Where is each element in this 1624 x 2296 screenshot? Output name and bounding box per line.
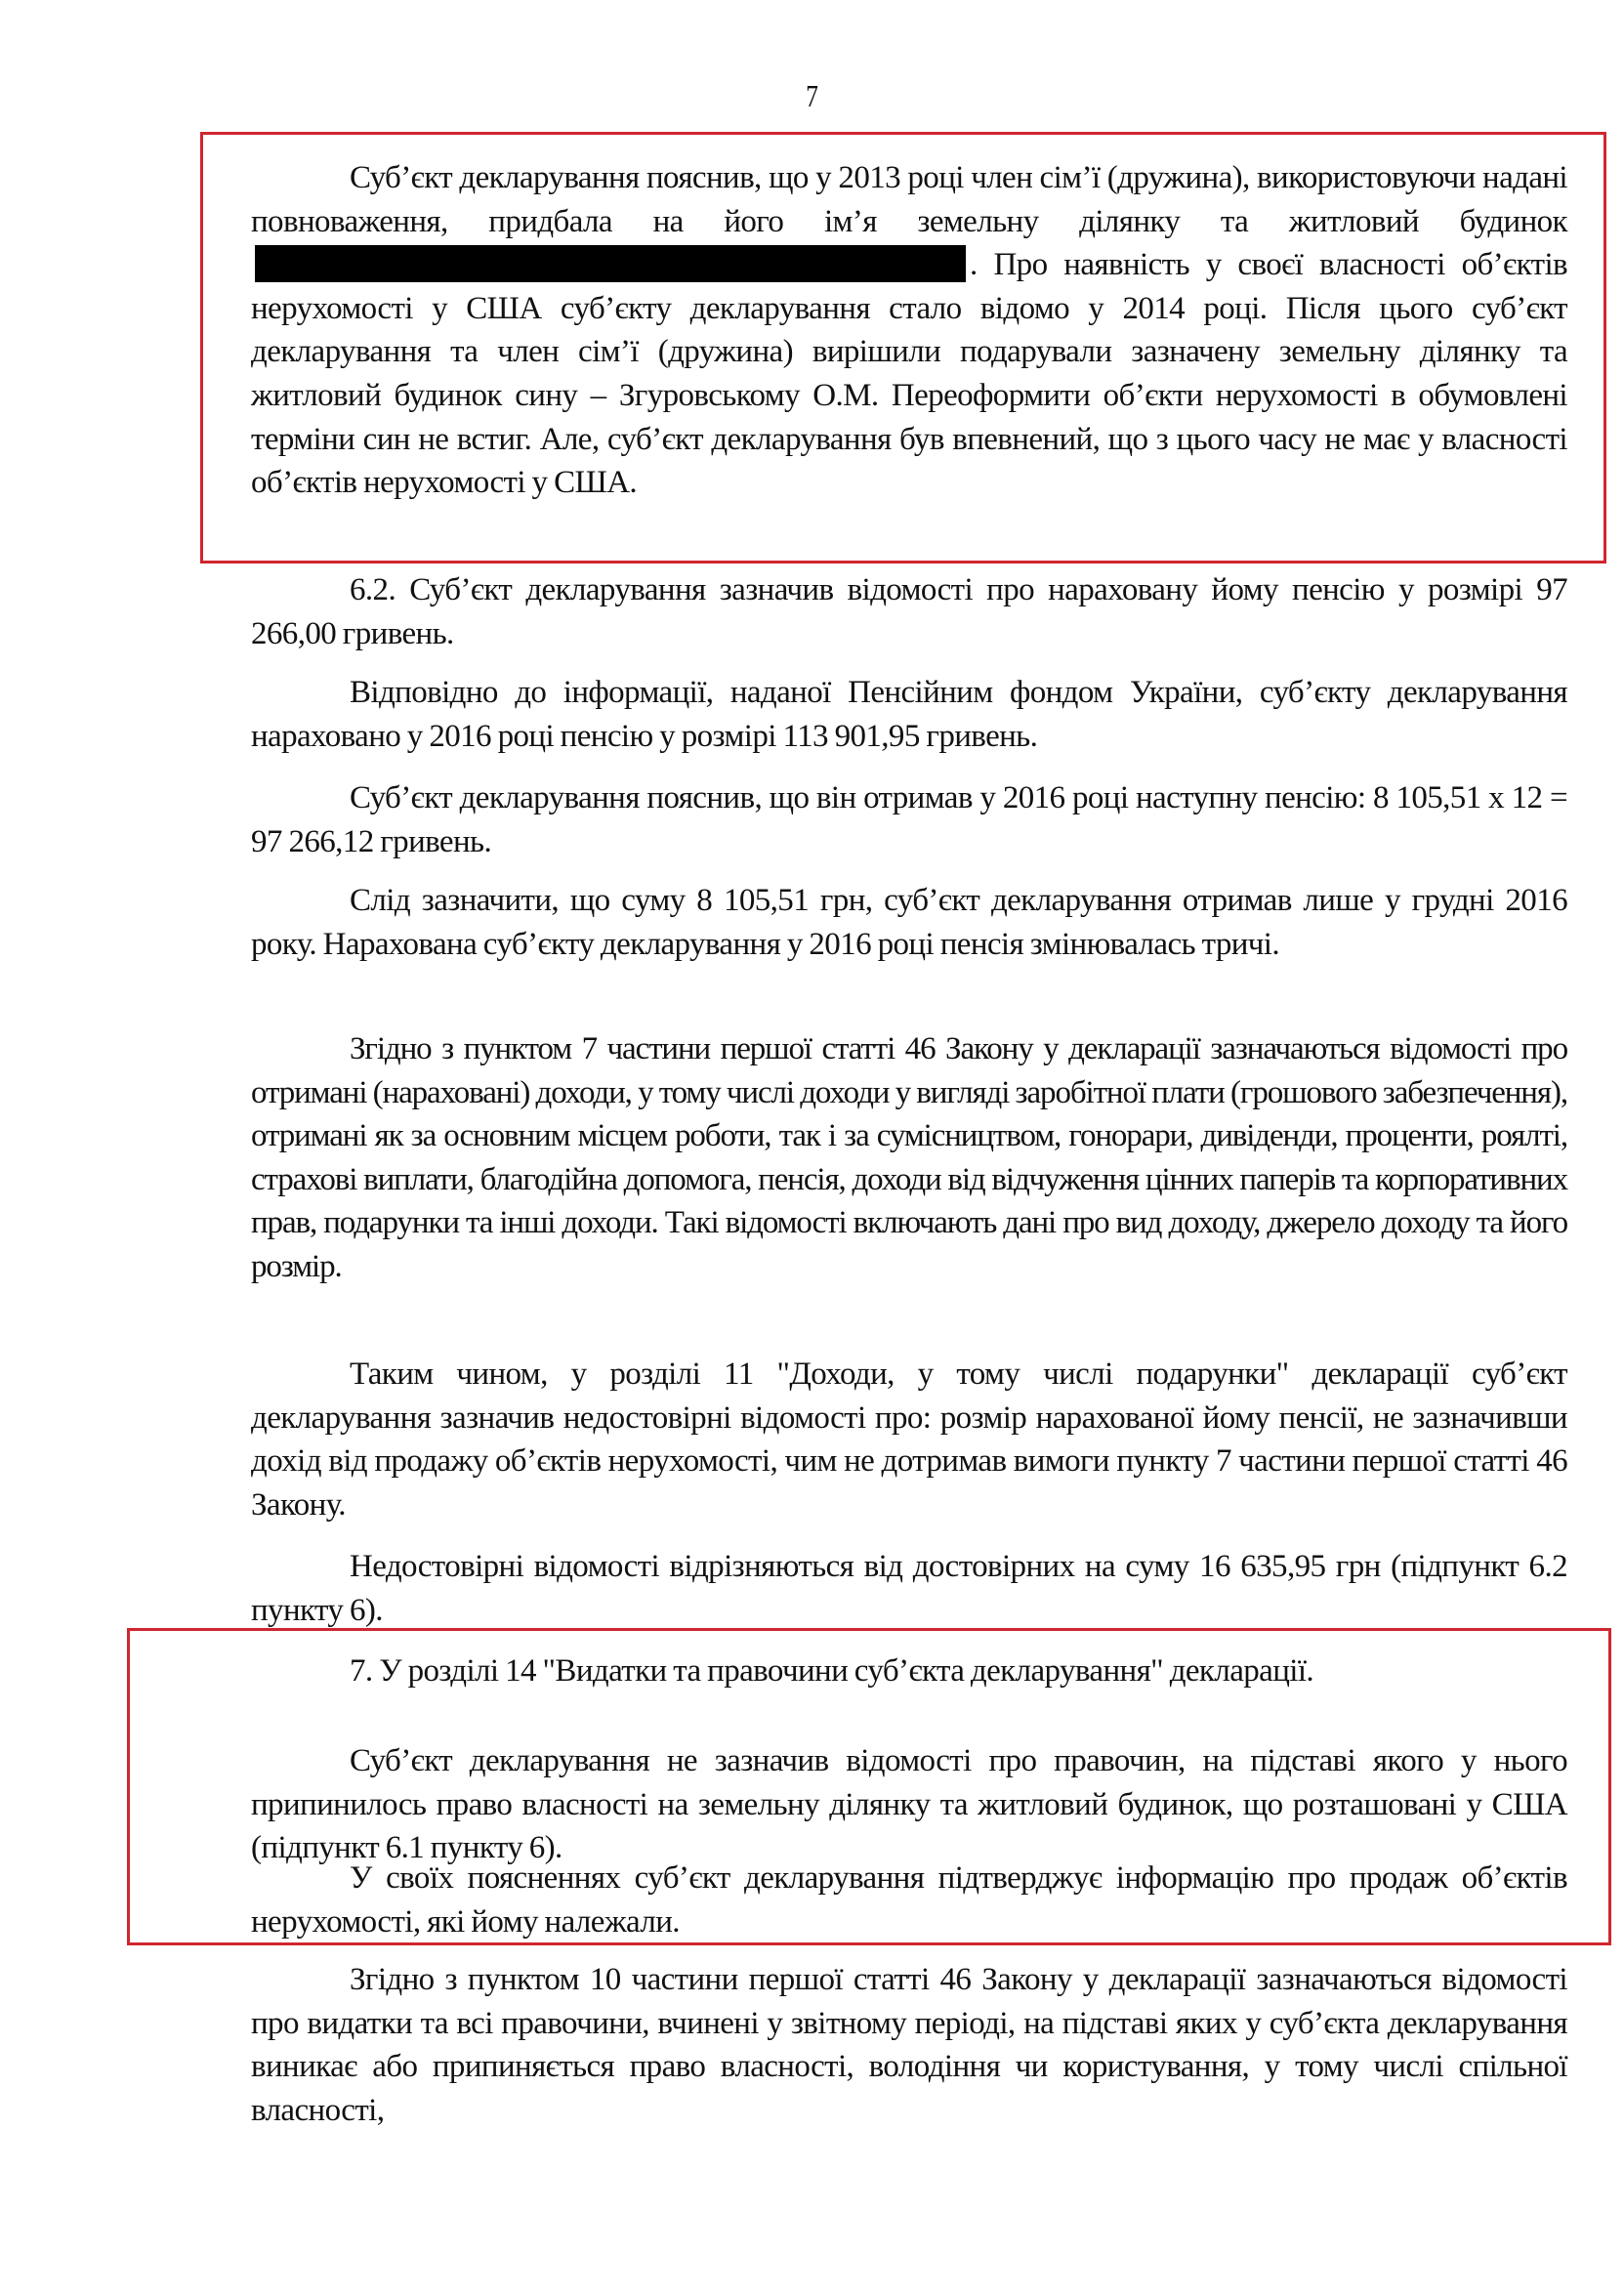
paragraph-discrepancy-amount: Недостовірні відомості відрізняються від… — [251, 1545, 1567, 1632]
paragraph-law-item-7: Згідно з пунктом 7 частини першої статті… — [251, 1027, 1567, 1289]
paragraph-pension-fund-info: Відповідно до інформації, наданої Пенсій… — [251, 671, 1567, 758]
paragraph-explanation-us-property: Суб’єкт декларування пояснив, що у 2013 … — [251, 156, 1567, 505]
paragraph-undeclared-transaction: Суб’єкт декларування не зазначив відомос… — [251, 1739, 1567, 1870]
paragraph-text: Суб’єкт декларування пояснив, що у 2013 … — [251, 160, 1567, 239]
paragraph-subject-explanation: Суб’єкт декларування пояснив, що він отр… — [251, 776, 1567, 863]
page-number: 7 — [162, 78, 1461, 114]
paragraph-section-14-heading: 7. У розділі 14 "Видатки та правочини су… — [251, 1649, 1567, 1693]
redacted-address-block — [255, 245, 966, 282]
paragraph-sale-confirmation: У своїх поясненнях суб’єкт декларування … — [251, 1857, 1567, 1943]
paragraph-note-december: Слід зазначити, що суму 8 105,51 грн, су… — [251, 879, 1567, 966]
paragraph-law-item-10: Згідно з пунктом 10 частини першої статт… — [251, 1958, 1567, 2132]
paragraph-6-2: 6.2. Суб’єкт декларування зазначив відом… — [251, 568, 1567, 655]
paragraph-text: . Про наявність у своєї власності об’єкт… — [251, 247, 1567, 500]
paragraph-conclusion-section-11: Таким чином, у розділі 11 "Доходи, у том… — [251, 1353, 1567, 1526]
